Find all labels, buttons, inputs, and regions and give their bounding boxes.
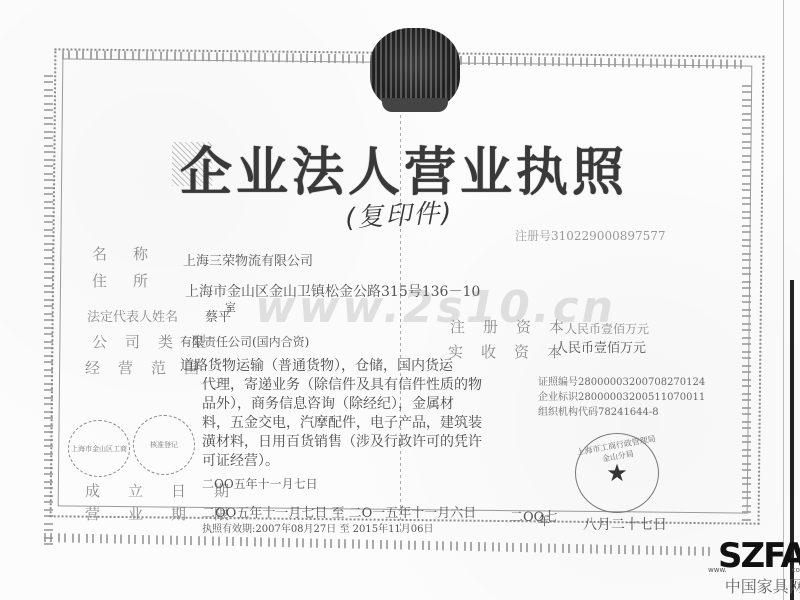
seal-stamp-left: 上海市金山区工商	[68, 420, 130, 477]
handwritten-copy-note: (复印件)	[344, 192, 454, 235]
seal-stamp-left-text: 上海市金山区工商	[71, 445, 127, 453]
registration-number: 注册号310229000897577	[515, 227, 666, 244]
legal-rep-label: 法定代表人姓名	[87, 306, 178, 325]
license-validity: 执照有效期:2007年08月27日 至 2015年11月06日	[202, 520, 434, 535]
national-emblem-base	[382, 98, 448, 112]
business-scope-line: 料，五金交电，汽摩配件，电子产品，建筑装	[180, 414, 510, 433]
registered-capital-label: 注册资本	[450, 316, 582, 337]
certificate-number: 证照编号28000003200708270124	[538, 375, 705, 390]
enterprise-id: 企业标识28000003200511070011	[538, 390, 705, 405]
seal-stamp-right: 核准登记	[133, 415, 195, 475]
business-scope-line: 品外），商务信息咨询（除经纪），金属材	[180, 395, 510, 414]
logo-www: www.	[708, 566, 727, 574]
organization-code: 组织机构代码78241644-8	[538, 405, 705, 420]
certificate-codes: 证照编号28000003200708270124 企业标识28000003200…	[538, 375, 705, 420]
business-scope-text: 道路货物运输（普通货物），仓储，国内货运 代理，寄递业务（除信件及具有信件性质的…	[180, 357, 510, 471]
establishment-date-value: 二OO五年十一月七日	[202, 475, 318, 492]
logo-main-text: SZFA	[718, 540, 800, 572]
name-label: 名称	[92, 243, 174, 264]
company-type-value: 有限责任公司(国内合资)	[180, 333, 309, 350]
business-scope-line: 可证经营）。	[180, 452, 510, 471]
business-scope-line: 代理，寄递业务（除信件及具有信件性质的物	[180, 376, 510, 395]
business-term-value: 二OO五年十一月七日 至 二O一五年十一月六日	[202, 502, 476, 521]
address-value: 上海市金山区金山卫镇松金公路315号136－10	[185, 281, 480, 301]
szfa-logo: www. SZFA com 中国家具网	[718, 540, 800, 597]
issue-year: 二OO七	[510, 506, 557, 525]
name-value: 上海三荣物流有限公司	[183, 250, 313, 269]
official-seal: 上海市工商行政管理局金山分局 ★	[575, 433, 659, 513]
address-label: 住所	[92, 270, 174, 291]
business-scope-line: 道路货物运输（普通货物），仓储，国内货运	[180, 357, 510, 376]
seal-stamp-right-text: 核准登记	[150, 441, 178, 449]
border-pattern-bottom	[44, 533, 714, 556]
issue-month-day: 八月二十七日	[583, 514, 667, 534]
logo-com: com	[792, 566, 800, 574]
registered-capital-value: 人民币壹佰万元	[565, 320, 649, 337]
paid-capital-value: 人民币壹佰万元	[555, 337, 646, 356]
business-scope-line: 潢材料，日用百货销售（涉及行政许可的凭许	[180, 433, 510, 452]
scanned-document: 企业法人营业执照 (复印件) 注册号310229000897577 www.2s…	[0, 0, 800, 600]
legal-rep-value: 蔡平	[205, 306, 231, 325]
issue-year-char: 年	[538, 512, 550, 529]
logo-chinese-name: 中国家具网	[718, 574, 800, 597]
scan-edge-line	[783, 0, 784, 600]
